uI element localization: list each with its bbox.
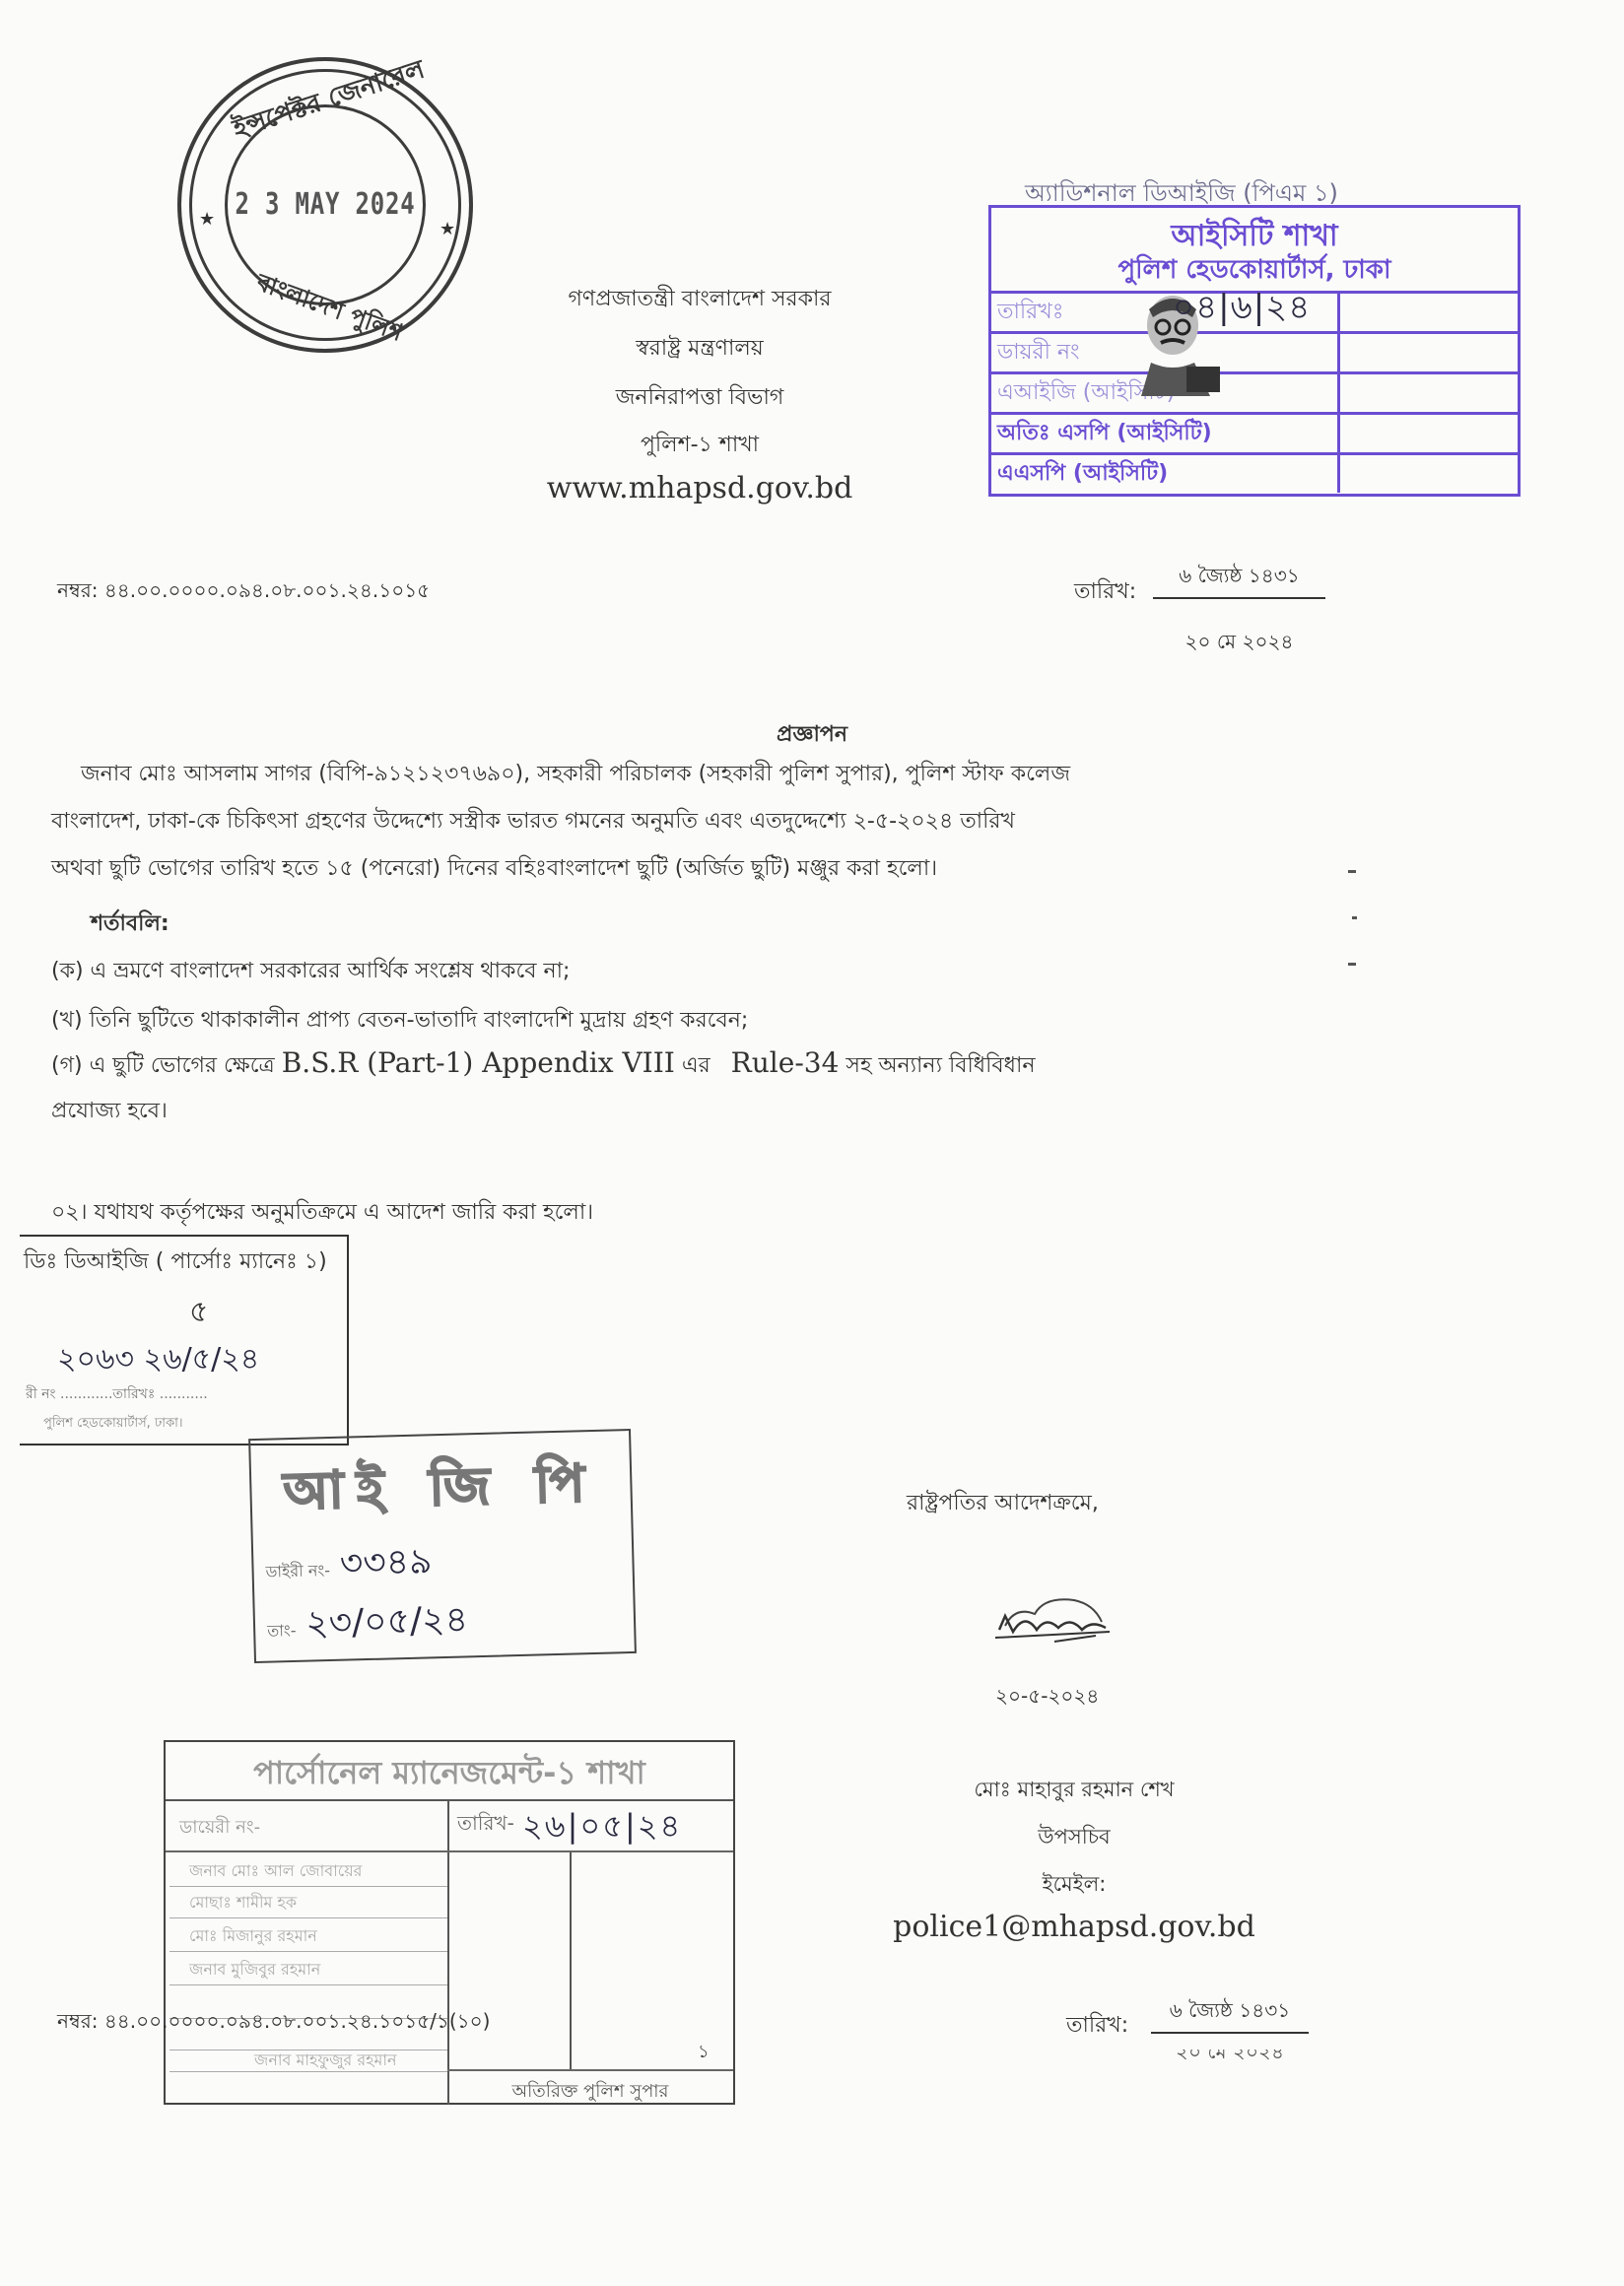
pm-diary-label: ডায়েরী নং- [179,1813,260,1844]
pm-stamp-footer: অতিরিক্ত পুলিশ সুপার [457,2077,723,2108]
ict-row-asp: এএসপি (আইসিটি) [991,452,1518,493]
paragraph-02: ০২। যথাযথ কর্তৃপক্ষের অনুমতিক্রমে এ আদেশ… [51,1195,593,1232]
copy-memo-date-gregorian: ২০ মে ২০২৪ [1151,2050,1309,2059]
igp-diary-number: ৩৩৪৯ [339,1541,433,1583]
dig-stamp-handwritten: ২০৬৩ ২৬/৫/২৪ [57,1335,259,1385]
pm-date-value: ২৬|০৫|২৪ [522,1801,682,1854]
igp-stamp-title: আই জি পি [250,1443,631,1538]
deputy-ig-stamp: ডিঃ ডিআইজি ( পার্সোঃ ম্যানেঃ ১) ৫ ২০৬৩ ২… [20,1235,349,1446]
body-line: অথবা ছুটি ভোগের তারিখ হতে ১৫ (পনেরো) দিন… [51,845,1332,893]
letterhead-branch: পুলিশ-১ শাখা [473,428,926,464]
letterhead-government: গণপ্রজাতন্ত্রী বাংলাদেশ সরকার [473,282,926,318]
dig-stamp-footer: পুলিশ হেডকোয়ার্টার্স, ঢাকা। [43,1414,183,1435]
pm-row: মোছাঃ শামীম হক [189,1890,297,1916]
signature-date: ২০-৫-২০২৪ [995,1682,1099,1714]
edge-mark [1352,916,1357,919]
personnel-management-stamp: পার্সোনেল ম্যানেজমেন্ট-১ শাখা ডায়েরী নং… [164,1740,735,2105]
body-line: জনাব মোঃ আসলাম সাগর (বিপি-৯১২১২৩৭৬৯০), স… [51,751,1332,798]
pm-row: জনাব মুজিবুর রহমান [189,1957,320,1983]
memo-date-gregorian: ২০ মে ২০২৪ [1153,628,1325,660]
conditions-heading: শর্তাবলি: [91,907,169,943]
signer-designation: উপসচিব [847,1821,1301,1855]
letterhead-ministry: স্বরাষ্ট্র মন্ত্রণালয় [473,331,926,368]
igp-diary-row: ডাইরী নং-৩৩৪৯ [265,1534,433,1597]
copy-memo-number-value: ৪৪.০০.০০০০.০৯৪.০৮.০০১.২৪.১০১৫/১(১০) [104,2009,491,2033]
condition-kha: (খ) তিনি ছুটিতে থাকাকালীন প্রাপ্য বেতন-ভ… [51,1003,748,1040]
signer-email-link[interactable]: police1@mhapsd.gov.bd [847,1910,1301,1944]
condition-ga: (গ) এ ছুটি ভোগের ক্ষেত্রে B.S.R (Part-1)… [51,1046,1035,1085]
dig-stamp-mark: ৫ [189,1288,208,1338]
email-label: ইমেইল: [847,1868,1301,1903]
dig-stamp-dots-line: রী নং ............তারিখঃ ........... [26,1382,208,1406]
pm-row: মোঃ মিজানুর রহমান [189,1923,317,1950]
edge-mark [1348,870,1356,873]
igp-stamp: আই জি পি ডাইরী নং-৩৩৪৯ তাং-২৩/০৫/২৪ [248,1429,637,1663]
signature-icon [985,1586,1123,1655]
rule-number: Rule-34 [731,1046,840,1079]
letterhead-division: জননিরাপত্তা বিভাগ [473,380,926,417]
condition-ga-continuation: প্রযোজ্য হবে। [51,1094,168,1130]
notification-body: জনাব মোঃ আসলাম সাগর (বিপি-৯১২১২৩৭৬৯০), স… [51,751,1332,893]
copy-memo-number-label: নম্বর: [57,2009,98,2033]
rule-reference: B.S.R (Part-1) Appendix VIII [282,1046,675,1079]
inspector-general-round-stamp: ইন্সপেক্টর জেনারেল 2 3 MAY 2024 বাংলাদেশ… [177,57,473,353]
igp-date-row: তাং-২৩/০৫/২৪ [266,1592,468,1656]
condition-ka: (ক) এ ভ্রমণে বাংলাদেশ সরকারের আর্থিক সংশ… [51,954,570,990]
ict-handwritten-date: ০৪|৬|২৪ [1173,282,1311,338]
pm-row: জনাব মোঃ আল জোবায়ের [189,1858,362,1885]
ict-branch-stamp: আইসিটি শাখা পুলিশ হেডকোয়ার্টার্স, ঢাকা … [988,205,1521,497]
order-by-president: রাষ্ট্রপতির আদেশক্রমে, [907,1486,1099,1522]
copy-memo-date-bengali: ৬ জ্যৈষ্ঠ ১৪৩১ [1151,1996,1309,2034]
pm-stamp-title: পার্সোনেল ম্যানেজমেন্ট-১ শাখা [166,1748,733,1801]
memo-date-bengali: ৬ জ্যৈষ্ঠ ১৪৩১ [1153,562,1325,599]
copy-memo-number: নম্বর: ৪৪.০০.০০০০.০৯৪.০৮.০০১.২৪.১০১৫/১(১… [57,2007,490,2040]
memo-number: নম্বর: ৪৪.০০.০০০০.০৯৪.০৮.০০১.২৪.১০১৫ [57,576,430,609]
notification-title: প্রজ্ঞাপন [0,717,1624,754]
letterhead-website[interactable]: www.mhapsd.gov.bd [473,471,926,505]
pm-date-label: তারিখ- [457,1809,514,1842]
memo-number-value: ৪৪.০০.০০০০.০৯৪.০৮.০০১.২৪.১০১৫ [104,578,430,602]
ict-row-aig: এআইজি (আইসিটি) [991,371,1518,412]
dig-stamp-title: ডিঃ ডিআইজি ( পার্সোঃ ম্যানেঃ ১) [24,1244,327,1281]
memo-date-label: তারিখ: [1074,574,1136,611]
edge-mark [1348,963,1356,966]
igp-date-value: ২৩/০৫/২৪ [305,1599,469,1644]
stamp-received-date: 2 3 MAY 2024 [210,187,440,222]
pm-row: জনাব মাহফুজুর রহমান [254,2048,397,2074]
star-icon: ★ [440,219,455,239]
memo-number-label: নম্বর: [57,578,98,602]
copy-memo-date-label: তারিখ: [1066,2008,1128,2045]
signer-name: মোঃ মাহাবুর রহমান শেখ [847,1774,1301,1808]
body-line: বাংলাদেশ, ঢাকা-কে চিকিৎসা গ্রহণের উদ্দেশ… [51,798,1332,845]
pm-corner-mark: ১ [698,2038,710,2068]
ict-row-addl-sp: অতিঃ এসপি (আইসিটি) [991,412,1518,452]
star-icon: ★ [199,209,215,230]
